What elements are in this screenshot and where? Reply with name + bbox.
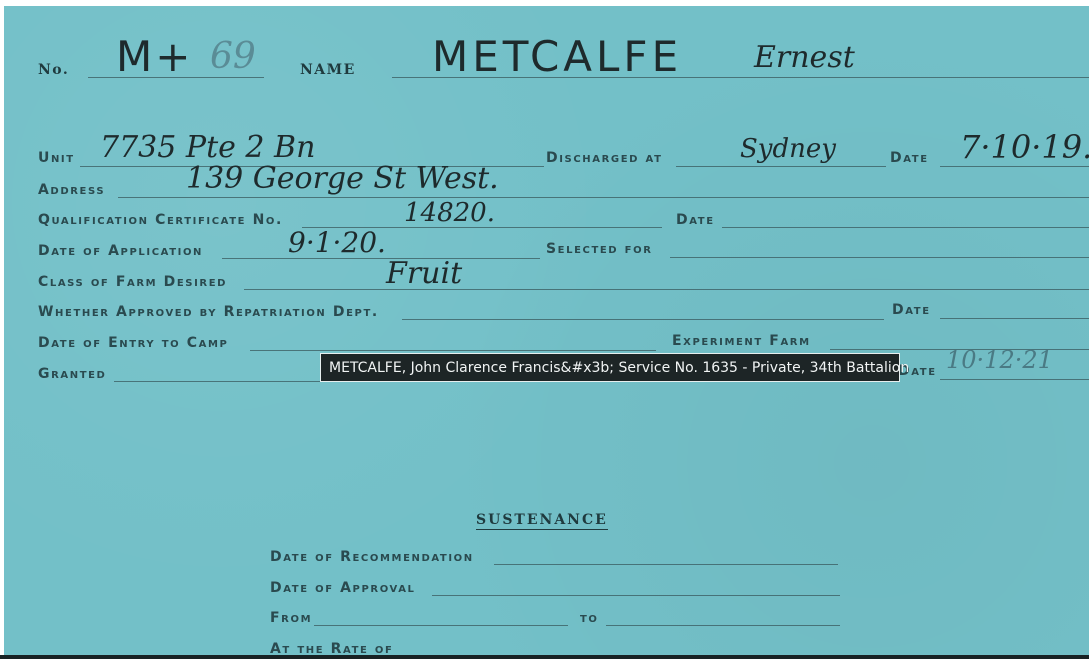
approved-date-label: Date	[892, 302, 931, 318]
qualification-date-label: Date	[676, 212, 715, 228]
image-tooltip: METCALFE, John Clarence Francis&#x3b; Se…	[320, 353, 900, 382]
date-of-approval-line	[432, 595, 840, 596]
approved-date-line	[940, 318, 1089, 319]
date-of-recommendation-label: Date of Recommendation	[270, 549, 474, 565]
granted-date-line	[940, 379, 1089, 380]
class-of-farm-label: Class of Farm Desired	[38, 274, 227, 290]
from-line	[314, 625, 568, 626]
address-label: Address	[38, 182, 105, 198]
qualification-certificate-value: 14820.	[404, 198, 495, 228]
to-line	[606, 625, 840, 626]
unit-value: 7735 Pte 2 Bn	[100, 130, 315, 165]
date-of-approval-label: Date of Approval	[270, 580, 416, 596]
date-of-entry-label: Date of Entry to Camp	[38, 335, 228, 351]
no-label: No.	[38, 62, 69, 78]
given-name: Ernest	[754, 40, 855, 75]
date-of-recommendation-line	[494, 564, 838, 565]
from-label: From	[270, 610, 312, 626]
granted-label: Granted	[38, 366, 106, 382]
date-of-application-label: Date of Application	[38, 243, 203, 259]
class-of-farm-line	[244, 289, 1089, 290]
surname: METCALFE	[432, 32, 682, 81]
card-number: M+	[116, 32, 193, 81]
viewer-bottom-bar	[0, 655, 1089, 659]
qualification-certificate-label: Qualification Certificate No.	[38, 212, 283, 228]
selected-for-line	[670, 257, 1089, 258]
sustenance-heading: SUSTENANCE	[476, 512, 608, 530]
to-label: to	[580, 610, 599, 626]
discharged-at-line	[676, 166, 886, 167]
date-of-entry-line	[250, 350, 656, 351]
discharged-at-label: Discharged at	[546, 150, 663, 166]
record-card: No. M+ 69 NAME METCALFE Ernest Unit 7735…	[4, 6, 1089, 659]
granted-date-value: 10·12·21	[946, 346, 1053, 374]
address-line	[118, 197, 1089, 198]
qualification-date-line	[722, 227, 1089, 228]
date-of-application-value: 9·1·20.	[288, 226, 386, 259]
class-of-farm-value: Fruit	[386, 256, 462, 291]
unit-label: Unit	[38, 150, 75, 166]
whether-approved-label: Whether Approved by Repatriation Dept.	[38, 304, 379, 320]
selected-for-label: Selected for	[546, 241, 653, 257]
experiment-farm-label: Experiment Farm	[672, 333, 811, 349]
discharge-date-label: Date	[890, 150, 929, 166]
discharged-at-value: Sydney	[740, 134, 836, 164]
address-value: 139 George St West.	[186, 161, 499, 196]
discharge-date-value: 7·10·19.	[960, 128, 1089, 166]
name-label: NAME	[300, 62, 356, 78]
discharge-date-line	[940, 166, 1089, 167]
whether-approved-line	[402, 319, 884, 320]
card-number-pencil: 69	[210, 36, 256, 77]
